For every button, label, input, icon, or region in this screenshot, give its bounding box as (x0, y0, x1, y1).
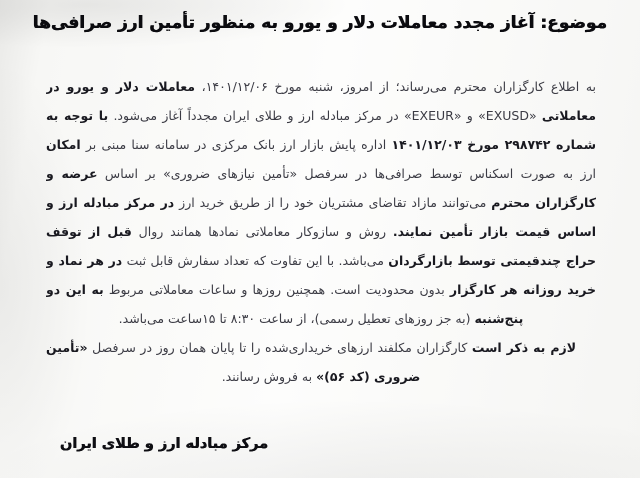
scanned-document: موضوع: آغاز مجدد معاملات دلار و یورو به … (0, 0, 640, 478)
doc-title: موضوع: آغاز مجدد معاملات دلار و یورو به … (0, 13, 640, 33)
text-line: به اطلاع کارگزاران محترم می‌رساند؛ از ام… (46, 72, 596, 101)
text-line: لازم به ذکر است کارگزاران مکلفند ارزهای … (46, 333, 596, 362)
text-segment: می‌توانند مازاد تقاضای مشتریان خود را از… (174, 195, 491, 210)
text-line: ارز به صورت اسکناس توسط صرافی‌ها در سرفص… (46, 159, 596, 188)
text-line: پنج‌شنبه (به جز روزهای تعطیل رسمی)، از س… (46, 304, 596, 333)
text-segment: ضروری (کد ۵۶)» (316, 369, 420, 384)
text-segment: می‌باشد. با این تفاوت که تعداد سفارش قاب… (122, 253, 388, 268)
text-segment: ارز به صورت اسکناس توسط صرافی‌ها در سرفص… (98, 166, 596, 181)
text-line: شماره ۲۹۸۷۴۲ مورخ ۱۴۰۱/۱۲/۰۳ اداره پایش … (46, 130, 596, 159)
text-segment: معاملاتی (542, 108, 596, 123)
text-line: کارگزاران محترم می‌توانند مازاد تقاضای م… (46, 188, 596, 217)
text-line: خرید روزانه هر کارگزار بدون محدودیت است.… (46, 275, 596, 304)
text-segment: روش و سازوکار معاملاتی نمادها همانند روا… (132, 224, 393, 239)
text-segment: کارگزاران محترم (491, 195, 596, 210)
text-segment: حراج چندقیمتی توسط بازارگردان (388, 253, 596, 268)
text-segment: اداره پایش بازار ارز بانک مرکزی در سامان… (81, 137, 392, 152)
text-segment: کارگزاران مکلفند ارزهای خریداری‌شده را ت… (88, 340, 472, 355)
signature: مرکز مبادله ارز و طلای ایران (60, 436, 268, 452)
text-segment: پنج‌شنبه (474, 311, 523, 326)
text-segment: (به جز روزهای تعطیل رسمی)، از ساعت ۸:۳۰ … (119, 311, 475, 326)
text-segment: اساس قیمت بازار تأمین نمایند. (393, 224, 596, 239)
doc-body: به اطلاع کارگزاران محترم می‌رساند؛ از ام… (46, 72, 596, 391)
text-line: معاملاتی «EXUSD» و «EXEUR» در مرکز مبادل… (46, 101, 596, 130)
text-segment: لازم به ذکر است (472, 340, 576, 355)
text-segment: شماره ۲۹۸۷۴۲ مورخ ۱۴۰۱/۱۲/۰۳ (391, 137, 596, 152)
text-line: ضروری (کد ۵۶)» به فروش رسانند. (46, 362, 596, 391)
text-line: اساس قیمت بازار تأمین نمایند. روش و سازو… (46, 217, 596, 246)
text-segment: به فروش رسانند. (222, 369, 316, 384)
text-segment: خرید روزانه هر کارگزار (450, 282, 596, 297)
text-segment: به اطلاع کارگزاران محترم می‌رساند؛ از ام… (195, 79, 596, 94)
text-segment: «EXUSD» و «EXEUR» در مرکز مبادله ارز و ط… (108, 108, 542, 123)
text-segment: بدون محدودیت است. همچنین روزها و ساعات م… (104, 282, 450, 297)
text-line: حراج چندقیمتی توسط بازارگردان می‌باشد. ب… (46, 246, 596, 275)
